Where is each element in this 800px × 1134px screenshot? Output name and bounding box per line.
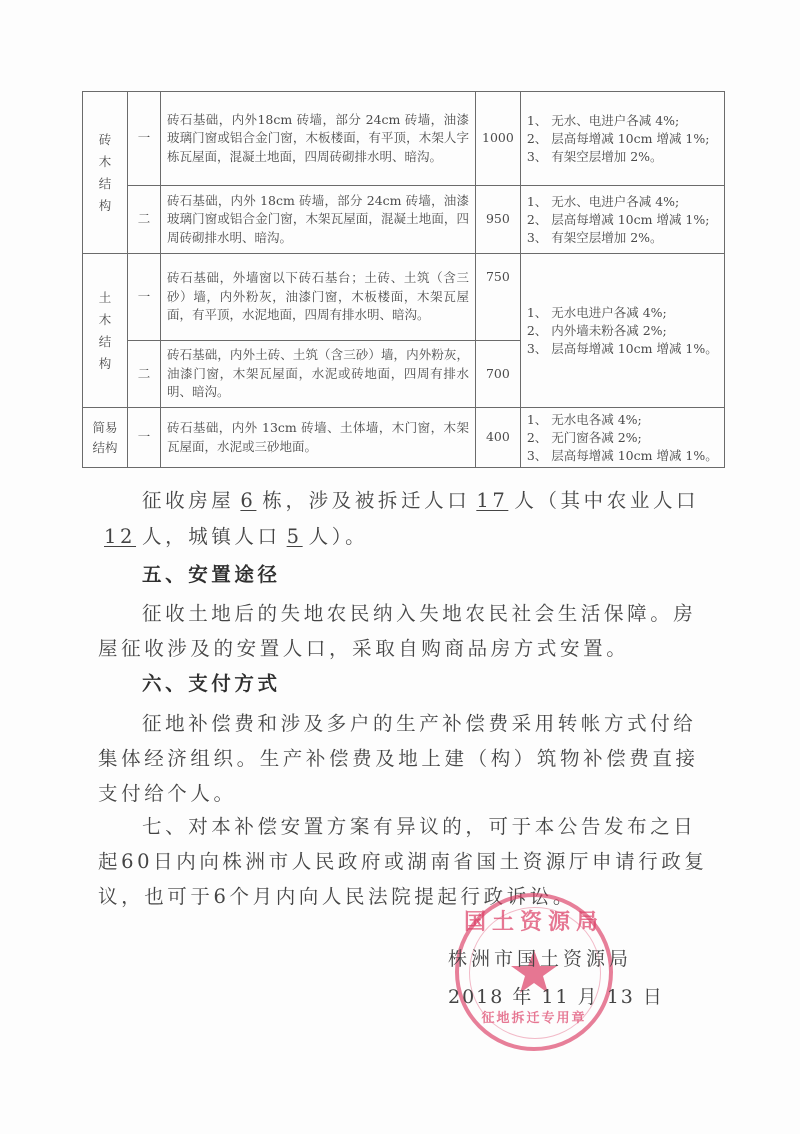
category-simple: 简易 结构 <box>83 408 128 468</box>
table-row: 土 木 结 构 一 砖石基础，外墙窗以下砖石基台；土砖、土筑（含三砂）墙，内外粉… <box>83 254 725 341</box>
category-brick-wood: 砖 木 结 构 <box>83 92 128 254</box>
section7-text: 七、对本补偿安置方案有异议的，可于本公告发布之日起60日内向株洲市人民政府或湖南… <box>98 809 718 914</box>
note-line: 1、 无水电各减 4%; <box>527 411 718 429</box>
description-cell: 砖石基础，外墙窗以下砖石基台；土砖、土筑（含三砂）墙，内外粉灰，油漆门窗，木板楼… <box>161 254 476 341</box>
note-line: 3、 有架空层增加 2%。 <box>527 229 718 247</box>
table-row: 砖 木 结 构 一 砖石基础，内外18cm 砖墙，部分 24cm 砖墙，油漆玻璃… <box>83 92 725 186</box>
seal-bottom-text: 征地拆迁专用章 <box>459 1007 609 1026</box>
seal-top-text: 国土资源局 <box>459 905 609 936</box>
issuing-organization: 株洲市国土资源局 <box>448 944 632 971</box>
grade-cell: 二 <box>128 186 161 254</box>
grade-cell: 一 <box>128 92 161 186</box>
note-line: 3、 层高每增减 10cm 增减 1%。 <box>527 447 718 465</box>
houses-count: 6 <box>234 489 262 512</box>
table-row: 二 砖石基础，内外 18cm 砖墙，部分 24cm 砖墙，油漆玻璃门窗或铝合金门… <box>83 186 725 254</box>
section5-heading: 五、安置途径 <box>98 558 718 592</box>
text-fragment: 人（其中农业人口 <box>514 489 699 512</box>
house-compensation-table: 砖 木 结 构 一 砖石基础，内外18cm 砖墙，部分 24cm 砖墙，油漆玻璃… <box>82 91 725 468</box>
grade-cell: 二 <box>128 341 161 408</box>
notes-cell: 1、 无水电进户各减 4%; 2、 内外墙未粉各减 2%; 3、 层高每增减 1… <box>520 254 724 408</box>
note-line: 2、 内外墙未粉各减 2%; <box>527 322 718 340</box>
price-cell: 950 <box>476 186 521 254</box>
notes-cell: 1、 无水电各减 4%; 2、 无门窗各减 2%; 3、 层高每增减 10cm … <box>520 408 724 468</box>
note-line: 3、 层高每增减 10cm 增减 1%。 <box>527 340 718 358</box>
people-urban: 5 <box>281 525 309 548</box>
grade-cell: 一 <box>128 254 161 341</box>
official-seal: 国土资源局 征地拆迁专用章 <box>455 893 613 1051</box>
people-agricultural: 12 <box>98 525 142 548</box>
description-cell: 砖石基础，内外 18cm 砖墙，部分 24cm 砖墙，油漆玻璃门窗或铝合金门窗，… <box>161 186 476 254</box>
price-cell: 1000 <box>476 92 521 186</box>
category-char: 结 <box>89 331 121 353</box>
price-cell: 700 <box>476 341 521 408</box>
note-line: 2、 无门窗各减 2%; <box>527 429 718 447</box>
category-char: 结 <box>89 173 121 195</box>
notes-cell: 1、 无水、电进户各减 4%; 2、 层高每增减 10cm 增减 1%; 3、 … <box>520 92 724 186</box>
category-char: 木 <box>89 151 121 173</box>
category-char: 结构 <box>89 438 121 458</box>
category-char: 构 <box>89 353 121 375</box>
category-char: 木 <box>89 309 121 331</box>
people-total: 17 <box>470 489 514 512</box>
text-fragment: 征收房屋 <box>142 489 234 512</box>
category-char: 土 <box>89 287 121 309</box>
category-earth-wood: 土 木 结 构 <box>83 254 128 408</box>
section6-text: 征地补偿费和涉及多户的生产补偿费采用转帐方式付给集体经济组织。生产补偿费及地上建… <box>98 706 718 811</box>
price-cell: 400 <box>476 408 521 468</box>
category-char: 构 <box>89 195 121 217</box>
category-char: 简易 <box>89 418 121 438</box>
notes-cell: 1、 无水、电进户各减 4%; 2、 层高每增减 10cm 增减 1%; 3、 … <box>520 186 724 254</box>
text-fragment: 人，城镇人口 <box>142 525 281 548</box>
house-count-paragraph: 征收房屋6栋，涉及被拆迁人口17人（其中农业人口12人，城镇人口5人）。 <box>98 483 718 555</box>
note-line: 1、 无水电进户各减 4%; <box>527 304 718 322</box>
text-fragment: 人）。 <box>309 525 369 548</box>
note-line: 2、 层高每增减 10cm 增减 1%; <box>527 211 718 229</box>
document-page: 砖 木 结 构 一 砖石基础，内外18cm 砖墙，部分 24cm 砖墙，油漆玻璃… <box>0 0 800 1134</box>
description-cell: 砖石基础，内外土砖、土筑（含三砂）墙，内外粉灰，油漆门窗，木架瓦屋面，水泥或砖地… <box>161 341 476 408</box>
price-cell: 750 <box>476 254 521 341</box>
table-row: 简易 结构 一 砖石基础，内外 13cm 砖墙、土体墙，木门窗，木架瓦屋面，水泥… <box>83 408 725 468</box>
category-char: 砖 <box>89 129 121 151</box>
note-line: 3、 有架空层增加 2%。 <box>527 148 718 166</box>
description-cell: 砖石基础，内外18cm 砖墙，部分 24cm 砖墙，油漆玻璃门窗或铝合金门窗，木… <box>161 92 476 186</box>
text-fragment: 栋，涉及被拆迁人口 <box>262 489 470 512</box>
description-cell: 砖石基础，内外 13cm 砖墙、土体墙，木门窗，木架瓦屋面，水泥或三砂地面。 <box>161 408 476 468</box>
section6-heading: 六、支付方式 <box>98 667 718 701</box>
grade-cell: 一 <box>128 408 161 468</box>
note-line: 2、 层高每增减 10cm 增减 1%; <box>527 130 718 148</box>
note-line: 1、 无水、电进户各减 4%; <box>527 193 718 211</box>
note-line: 1、 无水、电进户各减 4%; <box>527 112 718 130</box>
section5-text: 征收土地后的失地农民纳入失地农民社会生活保障。房屋征收涉及的安置人口，采取自购商… <box>98 596 718 666</box>
issue-date: 2018 年 11 月 13 日 <box>448 982 664 1009</box>
